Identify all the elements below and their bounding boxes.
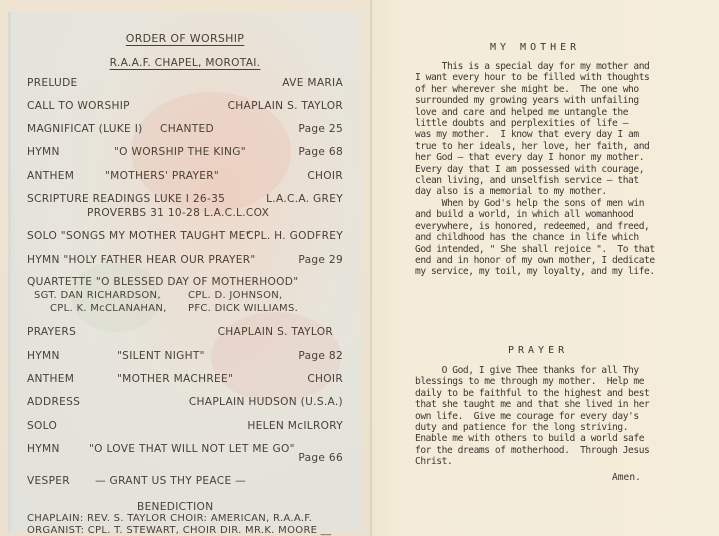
amen-text: Amen. bbox=[612, 472, 641, 483]
order-title: ORDER OF WORSHIP bbox=[0, 32, 370, 45]
quartette-member-line: CPL. D. JOHNSON, bbox=[188, 290, 283, 301]
prayer-text: O God, I give Thee thanks for all Thy bl… bbox=[415, 365, 705, 468]
quartette-member-line: PFC. DICK WILLIAMS. bbox=[188, 303, 298, 314]
credits-line-2: ORGANIST: CPL. T. STEWART, CHOIR DIR. MR… bbox=[27, 525, 331, 536]
quartette-member-line: SGT. DAN RICHARDSON, bbox=[34, 290, 161, 301]
benediction-heading: BENEDICTION bbox=[137, 501, 213, 513]
page-fold bbox=[370, 0, 372, 536]
quartette-member-line: CPL. K. McCLANAHAN, bbox=[50, 303, 167, 314]
credits-line-1: CHAPLAIN: REV. S. TAYLOR CHOIR: AMERICAN… bbox=[27, 513, 312, 524]
chapel-subtitle: R.A.A.F. CHAPEL, MOROTAI. bbox=[0, 57, 370, 69]
prayer-heading: PRAYER bbox=[508, 345, 568, 356]
my-mother-text: This is a special day for my mother and … bbox=[415, 61, 705, 278]
my-mother-heading: MY MOTHER bbox=[490, 42, 580, 53]
